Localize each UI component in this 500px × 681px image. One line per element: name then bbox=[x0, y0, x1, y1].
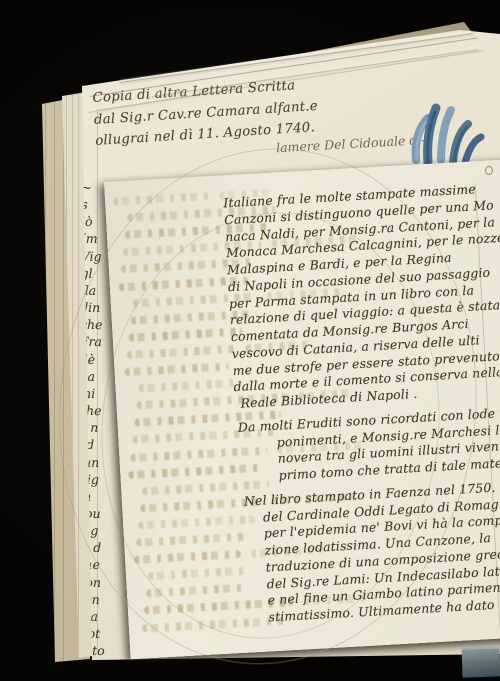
bleedthrough-line bbox=[134, 550, 241, 564]
bleedthrough-line bbox=[146, 584, 243, 597]
bottom-right-color-chip bbox=[461, 646, 500, 677]
bleedthrough-line bbox=[126, 345, 235, 359]
bleedthrough-line bbox=[124, 362, 228, 376]
bleedthrough-line bbox=[138, 379, 237, 393]
bleedthrough-line bbox=[129, 327, 243, 341]
bleedthrough-line bbox=[138, 515, 255, 530]
bleedthrough-line bbox=[113, 192, 209, 205]
top-sheet: Italiane fra le molte stampate massime C… bbox=[104, 158, 500, 659]
main-text-block: Italiane fra le molte stampate massime C… bbox=[223, 177, 500, 627]
bleedthrough-line bbox=[136, 533, 248, 547]
paper-hole-ring bbox=[485, 166, 493, 175]
blue-ribbon-tassel-icon bbox=[404, 96, 486, 164]
bleedthrough-line bbox=[148, 567, 250, 581]
manuscript-scan: { "scene": { "background_color": "#07060… bbox=[0, 0, 500, 681]
